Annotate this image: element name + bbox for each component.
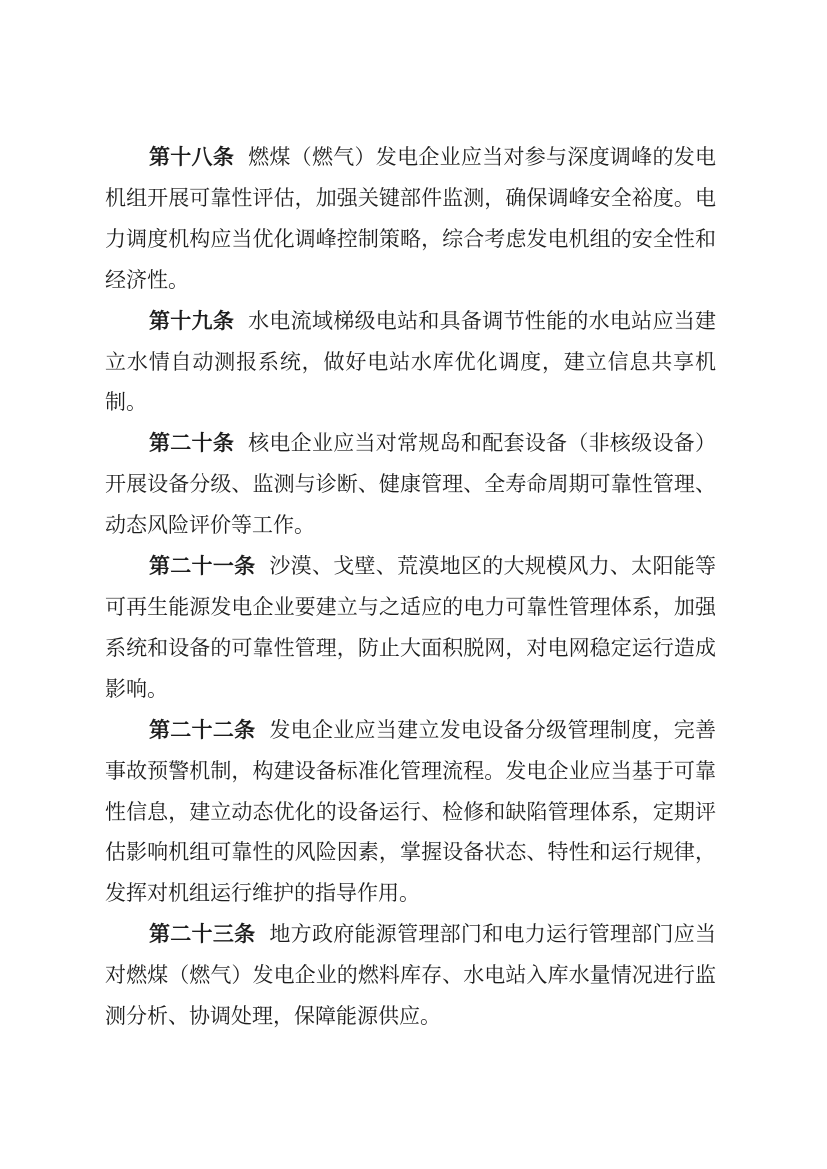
article-number: 第二十一条 [149, 554, 255, 578]
article-paragraph-18: 第十八条燃煤（燃气）发电企业应当对参与深度调峰的发电机组开展可靠性评估，加强关键… [105, 137, 716, 301]
article-paragraph-23: 第二十三条地方政府能源管理部门和电力运行管理部门应当对燃煤（燃气）发电企业的燃料… [105, 914, 716, 1037]
article-paragraph-19: 第十九条水电流域梯级电站和具备调节性能的水电站应当建立水情自动测报系统，做好电站… [105, 301, 716, 424]
article-number: 第二十条 [149, 431, 234, 455]
article-paragraph-21: 第二十一条沙漠、戈壁、荒漠地区的大规模风力、太阳能等可再生能源发电企业要建立与之… [105, 546, 716, 710]
article-number: 第十九条 [149, 309, 234, 333]
document-page: 第十八条燃煤（燃气）发电企业应当对参与深度调峰的发电机组开展可靠性评估，加强关键… [0, 0, 827, 1169]
article-paragraph-22: 第二十二条发电企业应当建立发电设备分级管理制度，完善事故预警机制，构建设备标准化… [105, 710, 716, 915]
article-text: 发电企业应当建立发电设备分级管理制度，完善事故预警机制，构建设备标准化管理流程。… [105, 718, 716, 906]
article-paragraph-20: 第二十条核电企业应当对常规岛和配套设备（非核级设备）开展设备分级、监测与诊断、健… [105, 423, 716, 546]
article-number: 第二十三条 [149, 922, 255, 946]
article-number: 第二十二条 [149, 718, 255, 742]
document-body: 第十八条燃煤（燃气）发电企业应当对参与深度调峰的发电机组开展可靠性评估，加强关键… [105, 137, 716, 1037]
article-number: 第十八条 [149, 145, 234, 169]
